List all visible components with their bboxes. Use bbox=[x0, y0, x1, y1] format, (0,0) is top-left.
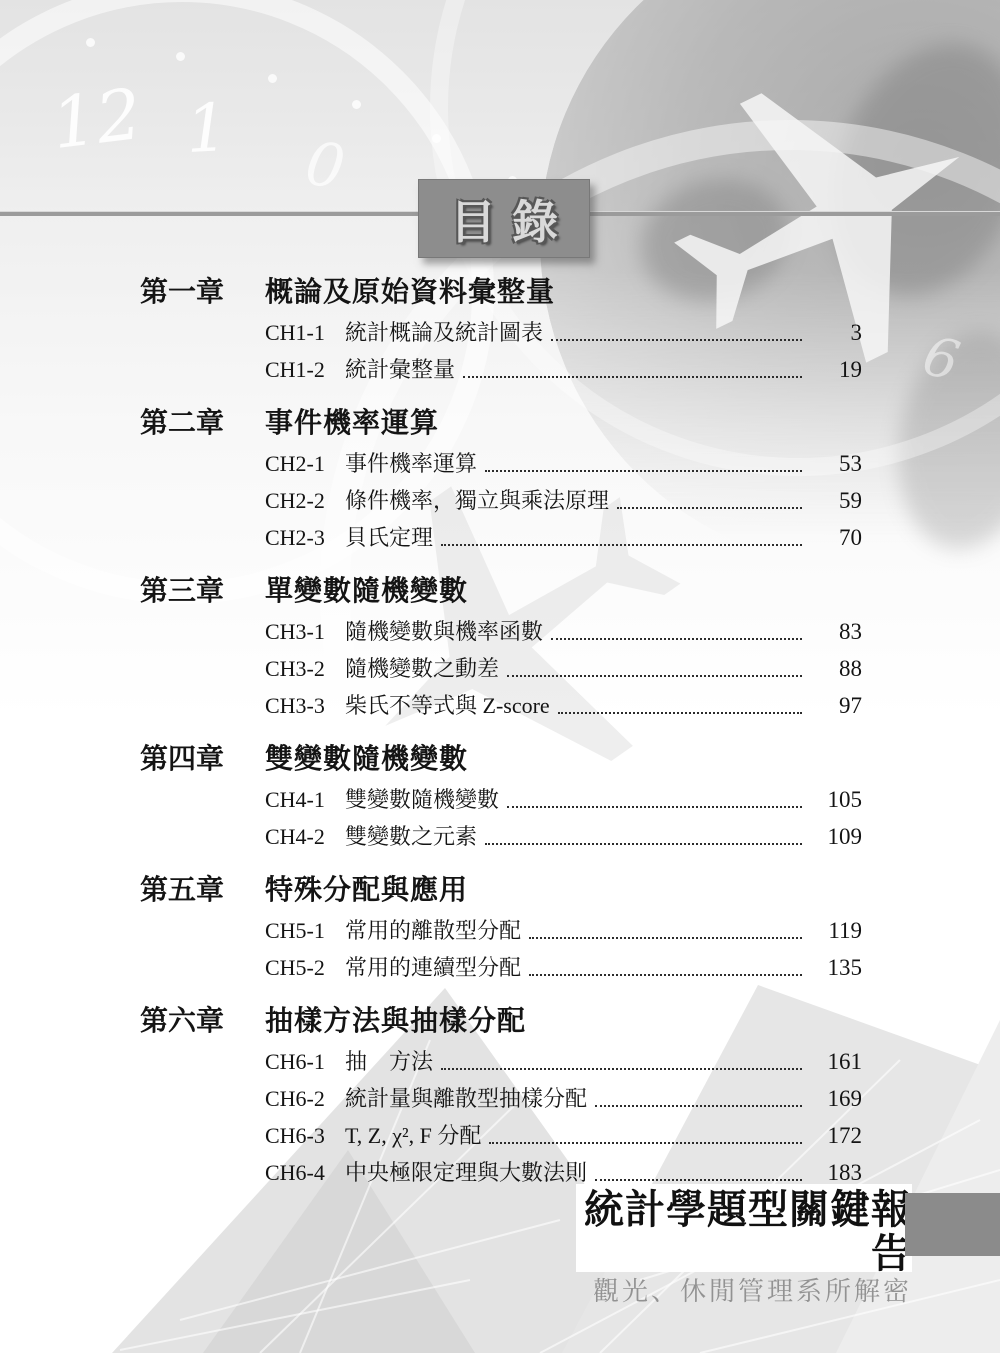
page-number: 161 bbox=[812, 1043, 862, 1080]
section-title: 常用的離散型分配 bbox=[345, 912, 527, 949]
clock-tick bbox=[86, 38, 95, 47]
section-code: CH1-1 bbox=[265, 314, 345, 351]
section-code: CH2-1 bbox=[265, 445, 345, 482]
chapter-5: 第五章 特殊分配與應用 CH5-1 常用的離散型分配 119 CH5-2 常用的… bbox=[140, 874, 862, 986]
dot-leader bbox=[595, 1105, 802, 1107]
dot-leader bbox=[551, 339, 802, 341]
brand-subtitle: 觀光、休閒管理系所解密 bbox=[576, 1276, 912, 1306]
toc-entry: CH2-2 條件機率，獨立與乘法原理 59 bbox=[140, 482, 862, 519]
section-title: 常用的連續型分配 bbox=[345, 949, 527, 986]
chapter-heading: 第一章 概論及原始資料彙整量 bbox=[140, 276, 862, 314]
chapter-number: 第四章 bbox=[140, 743, 265, 781]
chapter-number: 第六章 bbox=[140, 1005, 265, 1043]
page-number: 53 bbox=[812, 445, 862, 482]
page-number: 169 bbox=[812, 1080, 862, 1117]
dot-leader bbox=[529, 974, 802, 976]
clock-tick bbox=[176, 52, 185, 61]
page-number: 97 bbox=[812, 687, 862, 724]
page-number: 70 bbox=[812, 519, 862, 556]
page-number: 3 bbox=[812, 314, 862, 351]
chapter-number: 第五章 bbox=[140, 874, 265, 912]
dot-leader bbox=[441, 1068, 802, 1070]
section-code: CH4-1 bbox=[265, 781, 345, 818]
chapter-title: 抽樣方法與抽樣分配 bbox=[265, 1005, 526, 1043]
dot-leader bbox=[617, 507, 802, 509]
chapter-heading: 第二章 事件機率運算 bbox=[140, 407, 862, 445]
chapter-2: 第二章 事件機率運算 CH2-1 事件機率運算 53 CH2-2 條件機率，獨立… bbox=[140, 407, 862, 556]
page-number: 119 bbox=[812, 912, 862, 949]
clock-numeral: 1 bbox=[184, 95, 229, 163]
brand-accent-block bbox=[905, 1193, 1000, 1256]
section-title: 統計量與離散型抽樣分配 bbox=[345, 1080, 593, 1117]
brand-title: 統計學題型關鍵報告 bbox=[576, 1188, 912, 1276]
section-title: 統計概論及統計圖表 bbox=[345, 314, 549, 351]
chapter-number: 第一章 bbox=[140, 276, 265, 314]
toc-entry: CH4-2 雙變數之元素 109 bbox=[140, 818, 862, 855]
dot-leader bbox=[489, 1142, 802, 1144]
dot-leader bbox=[441, 544, 802, 546]
toc-entry: CH6-3 T, Z, χ², F 分配 172 bbox=[140, 1117, 862, 1154]
toc-page: 12 1 0 6 bbox=[0, 0, 1000, 1353]
section-code: CH3-3 bbox=[265, 687, 345, 724]
section-title: 抽 方法 bbox=[345, 1043, 439, 1080]
dot-leader bbox=[551, 638, 802, 640]
section-title: 條件機率，獨立與乘法原理 bbox=[345, 482, 615, 519]
clock-tick bbox=[432, 134, 441, 143]
dot-leader bbox=[507, 675, 802, 677]
chapter-3: 第三章 單變數隨機變數 CH3-1 隨機變數與機率函數 83 CH3-2 隨機變… bbox=[140, 575, 862, 724]
page-number: 109 bbox=[812, 818, 862, 855]
chapter-number: 第三章 bbox=[140, 575, 265, 613]
section-title: 雙變數隨機變數 bbox=[345, 781, 505, 818]
clock-tick bbox=[352, 100, 361, 109]
chapter-title: 概論及原始資料彙整量 bbox=[265, 276, 555, 314]
section-code: CH3-2 bbox=[265, 650, 345, 687]
chapter-title: 雙變數隨機變數 bbox=[265, 743, 468, 781]
page-number: 59 bbox=[812, 482, 862, 519]
dot-leader bbox=[507, 806, 802, 808]
section-code: CH6-3 bbox=[265, 1117, 345, 1154]
section-code: CH6-1 bbox=[265, 1043, 345, 1080]
toc-title: 目錄 bbox=[434, 186, 574, 252]
toc-entry: CH1-1 統計概論及統計圖表 3 bbox=[140, 314, 862, 351]
dot-leader bbox=[595, 1179, 802, 1181]
section-title: 統計彙整量 bbox=[345, 351, 461, 388]
toc-entry: CH6-2 統計量與離散型抽樣分配 169 bbox=[140, 1080, 862, 1117]
toc-list: 第一章 概論及原始資料彙整量 CH1-1 統計概論及統計圖表 3 CH1-2 統… bbox=[140, 276, 862, 1191]
section-title: 柴氏不等式與 Z-score bbox=[345, 687, 556, 724]
toc-entry: CH3-1 隨機變數與機率函數 83 bbox=[140, 613, 862, 650]
section-title: 中央極限定理與大數法則 bbox=[345, 1154, 593, 1191]
toc-entry: CH4-1 雙變數隨機變數 105 bbox=[140, 781, 862, 818]
section-code: CH3-1 bbox=[265, 613, 345, 650]
chapter-heading: 第六章 抽樣方法與抽樣分配 bbox=[140, 1005, 862, 1043]
toc-entry: CH3-3 柴氏不等式與 Z-score 97 bbox=[140, 687, 862, 724]
section-code: CH2-2 bbox=[265, 482, 345, 519]
page-number: 105 bbox=[812, 781, 862, 818]
section-title: 隨機變數與機率函數 bbox=[345, 613, 549, 650]
page-number: 19 bbox=[812, 351, 862, 388]
chapter-title: 特殊分配與應用 bbox=[265, 874, 468, 912]
section-code: CH5-2 bbox=[265, 949, 345, 986]
dot-leader bbox=[485, 843, 802, 845]
chapter-heading: 第四章 雙變數隨機變數 bbox=[140, 743, 862, 781]
toc-entry: CH3-2 隨機變數之動差 88 bbox=[140, 650, 862, 687]
toc-entry: CH1-2 統計彙整量 19 bbox=[140, 351, 862, 388]
section-code: CH2-3 bbox=[265, 519, 345, 556]
page-number: 88 bbox=[812, 650, 862, 687]
toc-entry: CH2-3 貝氏定理 70 bbox=[140, 519, 862, 556]
clock-tick bbox=[268, 74, 277, 83]
page-number: 135 bbox=[812, 949, 862, 986]
section-code: CH6-2 bbox=[265, 1080, 345, 1117]
chapter-4: 第四章 雙變數隨機變數 CH4-1 雙變數隨機變數 105 CH4-2 雙變數之… bbox=[140, 743, 862, 855]
dot-leader bbox=[558, 712, 802, 714]
page-number: 83 bbox=[812, 613, 862, 650]
toc-entry: CH5-2 常用的連續型分配 135 bbox=[140, 949, 862, 986]
section-code: CH4-2 bbox=[265, 818, 345, 855]
clock-numeral: 12 bbox=[48, 79, 145, 159]
chapter-number: 第二章 bbox=[140, 407, 265, 445]
section-title: 隨機變數之動差 bbox=[345, 650, 505, 687]
brand-panel: 統計學題型關鍵報告 觀光、休閒管理系所解密 bbox=[576, 1184, 912, 1272]
section-title: 雙變數之元素 bbox=[345, 818, 483, 855]
section-title: T, Z, χ², F 分配 bbox=[345, 1117, 487, 1154]
toc-title-box: 目錄 bbox=[418, 179, 590, 258]
page-number: 172 bbox=[812, 1117, 862, 1154]
toc-entry: CH5-1 常用的離散型分配 119 bbox=[140, 912, 862, 949]
dot-leader bbox=[485, 470, 802, 472]
dot-leader bbox=[529, 937, 802, 939]
section-title: 事件機率運算 bbox=[345, 445, 483, 482]
dot-leader bbox=[463, 376, 802, 378]
chapter-heading: 第五章 特殊分配與應用 bbox=[140, 874, 862, 912]
section-code: CH1-2 bbox=[265, 351, 345, 388]
section-code: CH6-4 bbox=[265, 1154, 345, 1191]
chapter-title: 事件機率運算 bbox=[265, 407, 439, 445]
chapter-heading: 第三章 單變數隨機變數 bbox=[140, 575, 862, 613]
toc-entry: CH6-1 抽 方法 161 bbox=[140, 1043, 862, 1080]
section-code: CH5-1 bbox=[265, 912, 345, 949]
chapter-title: 單變數隨機變數 bbox=[265, 575, 468, 613]
section-title: 貝氏定理 bbox=[345, 519, 439, 556]
chapter-1: 第一章 概論及原始資料彙整量 CH1-1 統計概論及統計圖表 3 CH1-2 統… bbox=[140, 276, 862, 388]
toc-entry: CH2-1 事件機率運算 53 bbox=[140, 445, 862, 482]
chapter-6: 第六章 抽樣方法與抽樣分配 CH6-1 抽 方法 161 CH6-2 統計量與離… bbox=[140, 1005, 862, 1191]
